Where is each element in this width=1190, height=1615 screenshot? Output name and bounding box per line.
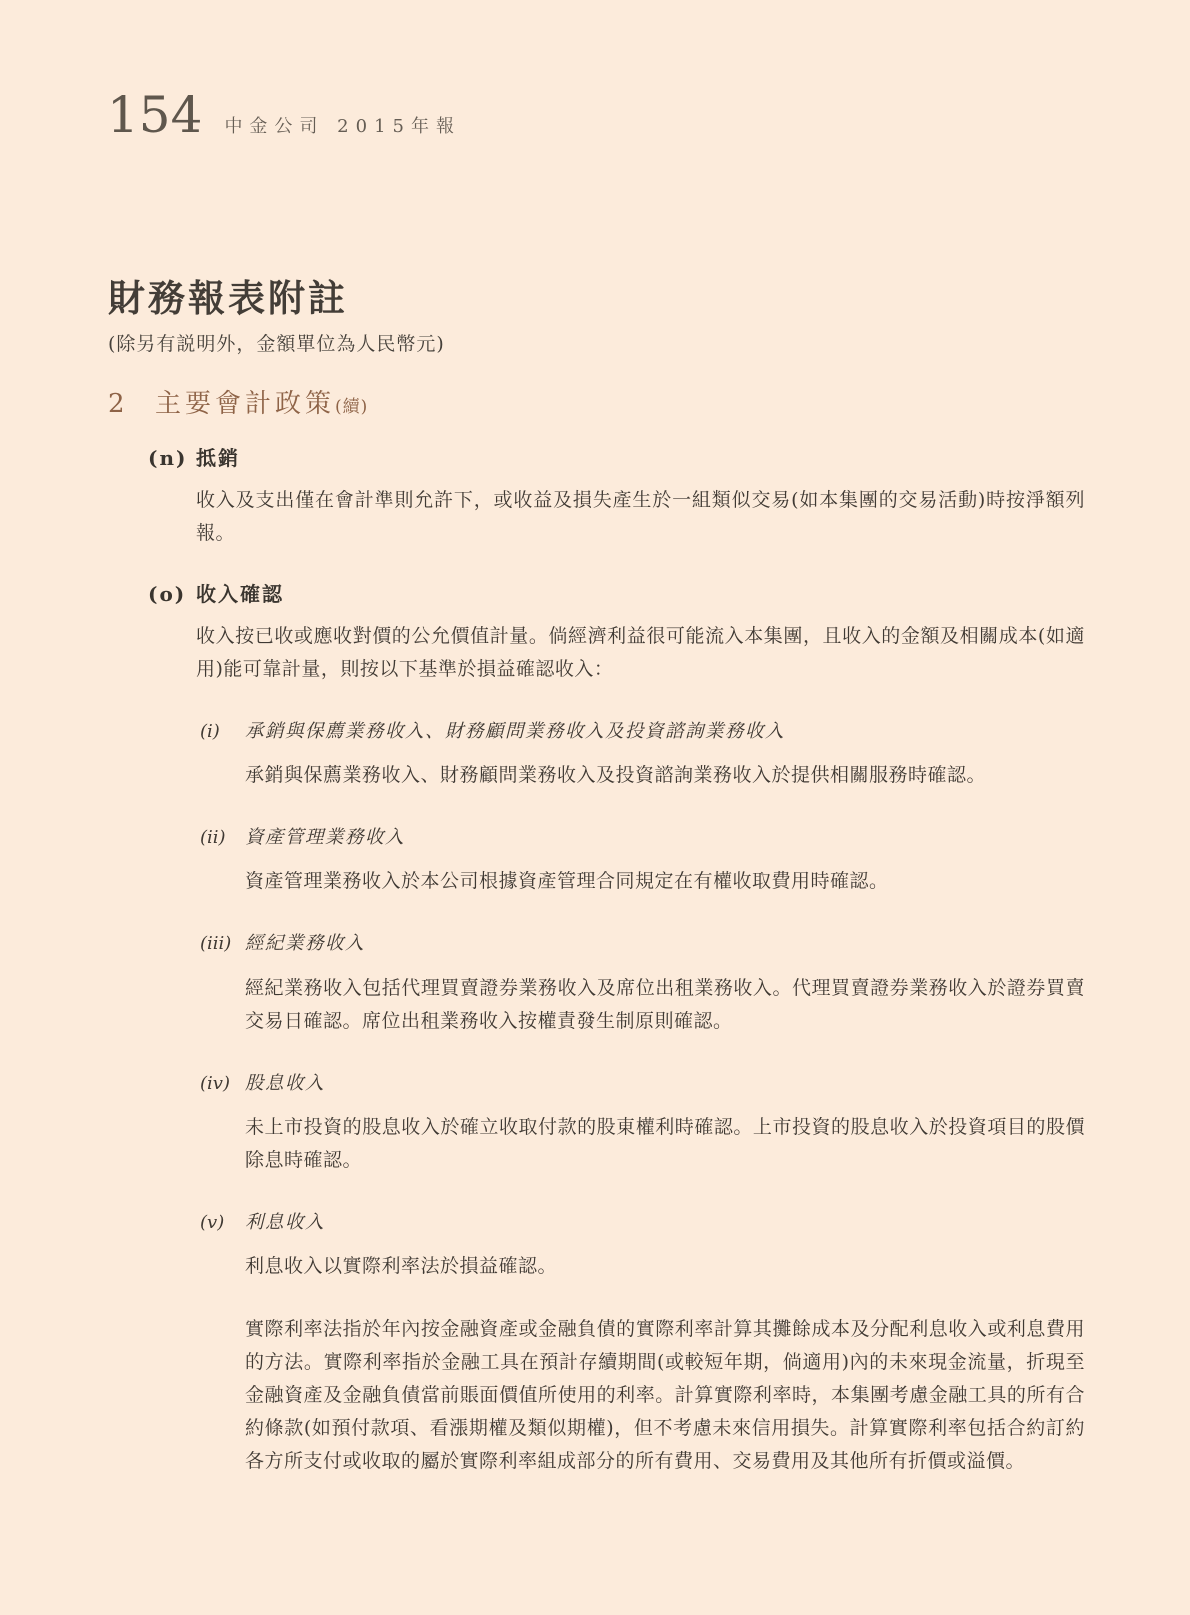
paragraph: 經紀業務收入包括代理買賣證券業務收入及席位出租業務收入。代理買賣證券業務收入於證…	[245, 972, 1085, 1038]
item-body: 經紀業務收入包括代理買賣證券業務收入及席位出租業務收入。代理買賣證券業務收入於證…	[245, 972, 1085, 1038]
subsection-revenue-recognition: (o) 收入確認 收入按已收或應收對價的公允價值計量。倘經濟利益很可能流入本集團…	[108, 581, 1085, 1477]
subsection-label: (n)	[148, 445, 187, 471]
subsection-heading: (o) 收入確認	[108, 581, 1085, 607]
document-title: 財務報表附註	[108, 276, 1085, 320]
subsection-body: 收入按已收或應收對價的公允價值計量。倘經濟利益很可能流入本集團，且收入的金額及相…	[108, 620, 1085, 686]
item-title: 經紀業務收入	[245, 933, 365, 954]
item-body: 資產管理業務收入於本公司根據資產管理合同規定在有權收取費用時確認。	[245, 865, 1085, 898]
item-asset-management-revenue: (ii) 資產管理業務收入 資產管理業務收入於本公司根據資產管理合同規定在有權收…	[108, 826, 1085, 898]
item-label: (iii)	[200, 932, 231, 955]
subsection-body: 收入及支出僅在會計準則允許下，或收益及損失產生於一組類似交易(如本集團的交易活動…	[108, 484, 1085, 550]
item-brokerage-revenue: (iii) 經紀業務收入 經紀業務收入包括代理買賣證券業務收入及席位出租業務收入…	[108, 932, 1085, 1037]
item-label: (ii)	[200, 826, 226, 849]
section-title: 主要會計政策(續)	[155, 383, 368, 420]
item-label: (i)	[200, 720, 220, 743]
item-heading: (iii) 經紀業務收入	[245, 932, 1085, 956]
subsection-label: (o)	[148, 581, 186, 607]
revenue-item-list: (i) 承銷與保薦業務收入、財務顧問業務收入及投資諮詢業務收入 承銷與保薦業務收…	[108, 720, 1085, 1477]
section-title-text: 主要會計政策	[155, 389, 335, 419]
section-title-suffix: (續)	[335, 397, 368, 417]
item-label: (v)	[200, 1211, 224, 1234]
item-heading: (v) 利息收入	[245, 1211, 1085, 1235]
document-page: 154 中金公司 2015年報 財務報表附註 (除另有説明外，金額單位為人民幣元…	[0, 0, 1190, 1615]
paragraph: 收入及支出僅在會計準則允許下，或收益及損失產生於一組類似交易(如本集團的交易活動…	[196, 484, 1085, 550]
page-number: 154	[107, 90, 202, 140]
item-heading: (i) 承銷與保薦業務收入、財務顧問業務收入及投資諮詢業務收入	[245, 720, 1085, 744]
subsection-heading: (n) 抵銷	[108, 445, 1085, 471]
item-underwriting-advisory-revenue: (i) 承銷與保薦業務收入、財務顧問業務收入及投資諮詢業務收入 承銷與保薦業務收…	[108, 720, 1085, 792]
item-body: 利息收入以實際利率法於損益確認。 實際利率法指於年內按金融資產或金融負債的實際利…	[245, 1250, 1085, 1478]
item-title: 利息收入	[245, 1212, 325, 1233]
item-dividend-income: (iv) 股息收入 未上市投資的股息收入於確立收取付款的股東權利時確認。上市投資…	[108, 1072, 1085, 1177]
subsection-title: 抵銷	[196, 446, 240, 470]
item-label: (iv)	[200, 1072, 230, 1095]
paragraph: 實際利率法指於年內按金融資產或金融負債的實際利率計算其攤餘成本及分配利息收入或利…	[245, 1313, 1085, 1478]
section-number: 2	[108, 389, 155, 419]
document-subtitle: (除另有説明外，金額單位為人民幣元)	[108, 329, 1085, 356]
item-interest-income: (v) 利息收入 利息收入以實際利率法於損益確認。 實際利率法指於年內按金融資產…	[108, 1211, 1085, 1478]
page-header: 154 中金公司 2015年報	[107, 90, 461, 140]
item-heading: (ii) 資產管理業務收入	[245, 826, 1085, 850]
report-title: 中金公司 2015年報	[224, 112, 461, 138]
item-title: 股息收入	[245, 1073, 325, 1094]
paragraph: 利息收入以實際利率法於損益確認。	[245, 1250, 1085, 1283]
paragraph: 資產管理業務收入於本公司根據資產管理合同規定在有權收取費用時確認。	[245, 865, 1085, 898]
subsection-offsetting: (n) 抵銷 收入及支出僅在會計準則允許下，或收益及損失產生於一組類似交易(如本…	[108, 445, 1085, 550]
paragraph: 承銷與保薦業務收入、財務顧問業務收入及投資諮詢業務收入於提供相關服務時確認。	[245, 759, 1085, 792]
section-heading: 2 主要會計政策(續)	[108, 383, 1085, 420]
notes-content: 財務報表附註 (除另有説明外，金額單位為人民幣元) 2 主要會計政策(續) (n…	[108, 276, 1085, 1478]
item-title: 承銷與保薦業務收入、財務顧問業務收入及投資諮詢業務收入	[245, 721, 785, 742]
item-title: 資產管理業務收入	[245, 827, 405, 848]
paragraph: 收入按已收或應收對價的公允價值計量。倘經濟利益很可能流入本集團，且收入的金額及相…	[196, 620, 1085, 686]
item-body: 承銷與保薦業務收入、財務顧問業務收入及投資諮詢業務收入於提供相關服務時確認。	[245, 759, 1085, 792]
subsection-title: 收入確認	[196, 582, 284, 606]
item-heading: (iv) 股息收入	[245, 1072, 1085, 1096]
paragraph: 未上市投資的股息收入於確立收取付款的股東權利時確認。上市投資的股息收入於投資項目…	[245, 1111, 1085, 1177]
item-body: 未上市投資的股息收入於確立收取付款的股東權利時確認。上市投資的股息收入於投資項目…	[245, 1111, 1085, 1177]
